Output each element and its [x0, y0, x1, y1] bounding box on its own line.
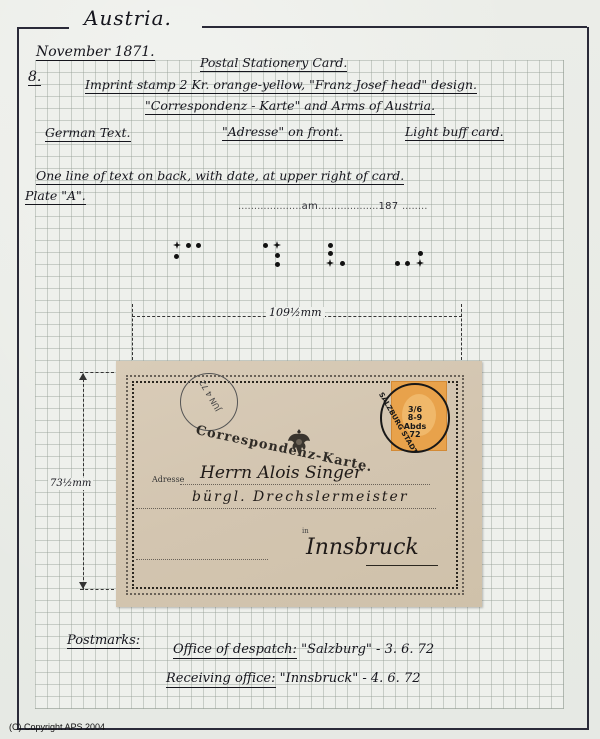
plate-dot-icon	[328, 251, 333, 256]
leader-dots: ...................	[318, 201, 378, 212]
width-dimension-left-tick	[132, 304, 134, 360]
page-title: Austria.	[84, 8, 172, 28]
plate-dot-icon	[275, 262, 280, 267]
plate-dot-icon	[196, 243, 201, 248]
description-front-note: "Adresse" on front.	[222, 126, 343, 141]
word-am: am	[302, 201, 318, 212]
width-dimension-label: 109½mm	[266, 307, 325, 318]
back-text-line: ....................am..................…	[238, 201, 427, 212]
plate-dot-icon	[186, 243, 191, 248]
copyright-notice: (C) Copyright APS 2004	[9, 722, 105, 732]
description-inscription: "Correspondenz - Karte" and Arms of Aust…	[145, 100, 435, 115]
address-city: Innsbruck	[306, 535, 419, 560]
despatch-value: "Salzburg" - 3. 6. 72	[301, 642, 434, 657]
description-heading: Postal Stationery Card.	[200, 57, 347, 72]
plate-dot-icon	[340, 261, 345, 266]
plate-dot-icon	[395, 261, 400, 266]
description-imprint: Imprint stamp 2 Kr. orange-yellow, "Fran…	[85, 79, 477, 94]
frame-top-right-rule	[202, 26, 587, 28]
plate-dot-icon	[328, 243, 333, 248]
leader-dots: ....................	[238, 201, 302, 212]
arrow-down-icon	[79, 582, 87, 589]
plate-star-icon	[416, 259, 424, 267]
postmark-year: 72	[395, 431, 435, 439]
description-language: German Text.	[45, 127, 131, 142]
postmarks-title: Postmarks:	[67, 634, 140, 649]
plate-dot-icon	[174, 254, 179, 259]
postmark-receiving-row: Receiving office: "Innsbruck" - 4. 6. 72	[166, 672, 421, 685]
height-dimension-bottom-tick	[80, 589, 114, 591]
plate-star-icon	[273, 241, 281, 249]
plate-dot-icon	[263, 243, 268, 248]
issue-date: November 1871.	[36, 45, 155, 61]
plate-dot-icon	[275, 253, 280, 258]
plate-star-icon	[326, 259, 334, 267]
plate-star-icon	[173, 241, 181, 249]
despatch-label: Office of despatch:	[173, 642, 297, 659]
receiving-label: Receiving office:	[166, 671, 276, 688]
double-eagle-arms-icon	[286, 427, 312, 457]
height-dimension-label: 73½mm	[48, 478, 93, 490]
city-underline	[366, 565, 438, 566]
arrow-up-icon	[79, 373, 87, 380]
year-prefix: 187	[378, 201, 398, 212]
despatch-postmark-date: 3/6 8-9 Abds 72	[395, 406, 435, 440]
width-dimension-right-tick	[461, 304, 463, 360]
leader-dots: ........	[402, 201, 427, 212]
address-recipient: Herrn Alois Singer	[200, 463, 362, 483]
address-occupation: bürgl. Drechslermeister	[192, 489, 409, 505]
postal-stationery-card: JUN 4 72 Correspondenz-Karte. SALZBURG S…	[116, 361, 482, 607]
address-rule-1	[180, 484, 430, 486]
plate-dot-icon	[418, 251, 423, 256]
description-card-color: Light buff card.	[405, 126, 504, 141]
address-label: Adresse	[152, 475, 184, 484]
receiving-value: "Innsbruck" - 4. 6. 72	[280, 671, 421, 686]
address-in-label: in	[302, 527, 309, 535]
description-plate: Plate "A".	[25, 190, 86, 205]
item-number: 8.	[28, 70, 41, 86]
description-back-note: One line of text on back, with date, at …	[36, 170, 404, 185]
address-rule-2	[136, 508, 436, 510]
frame-top-left-rule	[17, 27, 69, 29]
address-rule-3	[136, 559, 268, 561]
postmark-despatch-row: Office of despatch: "Salzburg" - 3. 6. 7…	[173, 643, 434, 656]
plate-dot-icon	[405, 261, 410, 266]
plate-marking-dots	[160, 238, 460, 278]
